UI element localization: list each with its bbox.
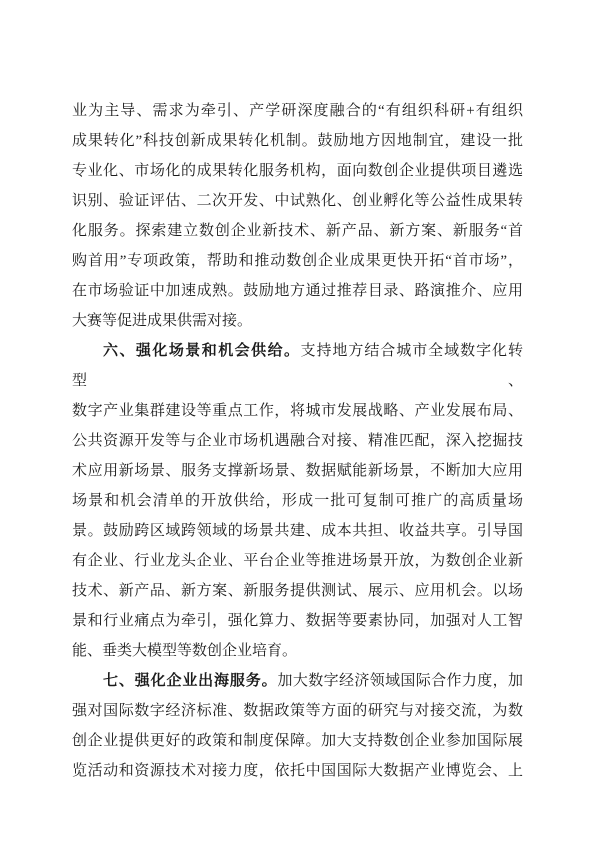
line-text: 加大数字经济领域国际合作力度，加	[278, 673, 523, 689]
text-line: 识别、验证评估、二次开发、中试熟化、创业孵化等公益性成果转	[72, 186, 523, 216]
text-line: 化服务。探索建立数创企业新技术、新产品、新方案、新服务“首	[72, 216, 523, 246]
text-line: 强对国际数字经济标准、数据政策等方面的研究与对接交流，为数	[72, 696, 523, 726]
text-line: 创企业提供更好的政策和制度保障。加大支持数创企业参加国际展	[72, 726, 523, 756]
text-line: 景和行业痛点为牵引，强化算力、数据等要素协同，加强对人工智	[72, 606, 523, 636]
section-seven-heading-line: 七、强化企业出海服务。加大数字经济领域国际合作力度，加	[72, 666, 523, 696]
section-heading: 六、强化场景和机会供给。	[103, 342, 301, 359]
text-line: 览活动和资源技术对接力度，依托中国国际大数据产业博览会、上	[72, 756, 523, 786]
text-line: 有企业、行业龙头企业、平台企业等推进场景开放，为数创企业新	[72, 546, 523, 576]
text-line: 场景和机会清单的开放供给，形成一批可复制可推广的高质量场	[72, 486, 523, 516]
text-line: 能、垂类大模型等数创企业培育。	[72, 636, 523, 666]
section-six-heading-line: 六、强化场景和机会供给。支持地方结合城市全域数字化转型、	[72, 336, 523, 396]
text-line: 成果转化”科技创新成果转化机制。鼓励地方因地制宜，建设一批	[72, 126, 523, 156]
text-line: 数字产业集群建设等重点工作，将城市发展战略、产业发展布局、	[72, 396, 523, 426]
section-heading: 七、强化企业出海服务。	[103, 672, 278, 689]
text-line: 购首用”专项政策，帮助和推动数创企业成果更快开拓“首市场”，	[72, 246, 523, 276]
text-line: 术应用新场景、服务支撑新场景、数据赋能新场景，不断加大应用	[72, 456, 523, 486]
text-line: 大赛等促进成果供需对接。	[72, 306, 523, 336]
text-line: 技术、新产品、新方案、新服务提供测试、展示、应用机会。以场	[72, 576, 523, 606]
text-line: 专业化、市场化的成果转化服务机构，面向数创企业提供项目遴选	[72, 156, 523, 186]
text-line: 业为主导、需求为牵引、产学研深度融合的“有组织科研+有组织	[72, 96, 523, 126]
text-line: 公共资源开发等与企业市场机遇融合对接、精准匹配，深入挖掘技	[72, 426, 523, 456]
text-line: 景。鼓励跨区域跨领域的场景共建、成本共担、收益共享。引导国	[72, 516, 523, 546]
document-page: 业为主导、需求为牵引、产学研深度融合的“有组织科研+有组织 成果转化”科技创新成…	[0, 0, 595, 841]
text-line: 在市场验证中加速成熟。鼓励地方通过推荐目录、路演推介、应用	[72, 276, 523, 306]
